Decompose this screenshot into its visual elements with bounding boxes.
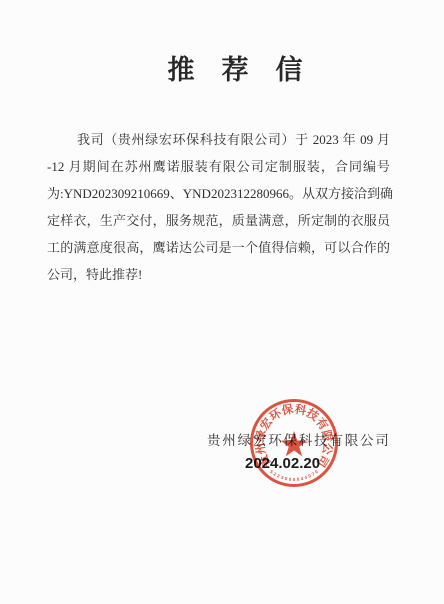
document-page: 推 荐 信 我司（贵州绿宏环保科技有限公司）于 2023 年 09 月 -12 … bbox=[0, 0, 444, 604]
body-line-5: 工的满意度很高，鹰诺达公司是一个值得信赖，可以合作的 bbox=[47, 234, 390, 261]
company-seal-stamp: 贵州绿宏环保科技有限公司 5223000044970 bbox=[247, 396, 341, 490]
body-line-2: -12 月期间在苏州鹰诺服装有限公司定制服装，合同编号 bbox=[47, 153, 390, 180]
svg-text:0: 0 bbox=[293, 477, 296, 482]
svg-text:限: 限 bbox=[319, 429, 335, 444]
svg-text:0: 0 bbox=[314, 469, 319, 475]
document-title: 推 荐 信 bbox=[26, 50, 444, 90]
seal-star-icon bbox=[281, 431, 308, 456]
body-line-4: 定样衣，生产交付，服务规范，质量满意，所定制的衣服员 bbox=[47, 207, 390, 234]
body-line-6: 公司，特此推荐! bbox=[47, 261, 390, 288]
letter-body: 我司（贵州绿宏环保科技有限公司）于 2023 年 09 月 -12 月期间在苏州… bbox=[47, 126, 390, 288]
body-line-3: 为:YND202309210669、YND202312280966。从双方接洽到… bbox=[47, 180, 390, 207]
body-line-1: 我司（贵州绿宏环保科技有限公司）于 2023 年 09 月 bbox=[47, 126, 390, 153]
svg-text:0: 0 bbox=[288, 477, 292, 482]
svg-text:州: 州 bbox=[254, 442, 269, 456]
